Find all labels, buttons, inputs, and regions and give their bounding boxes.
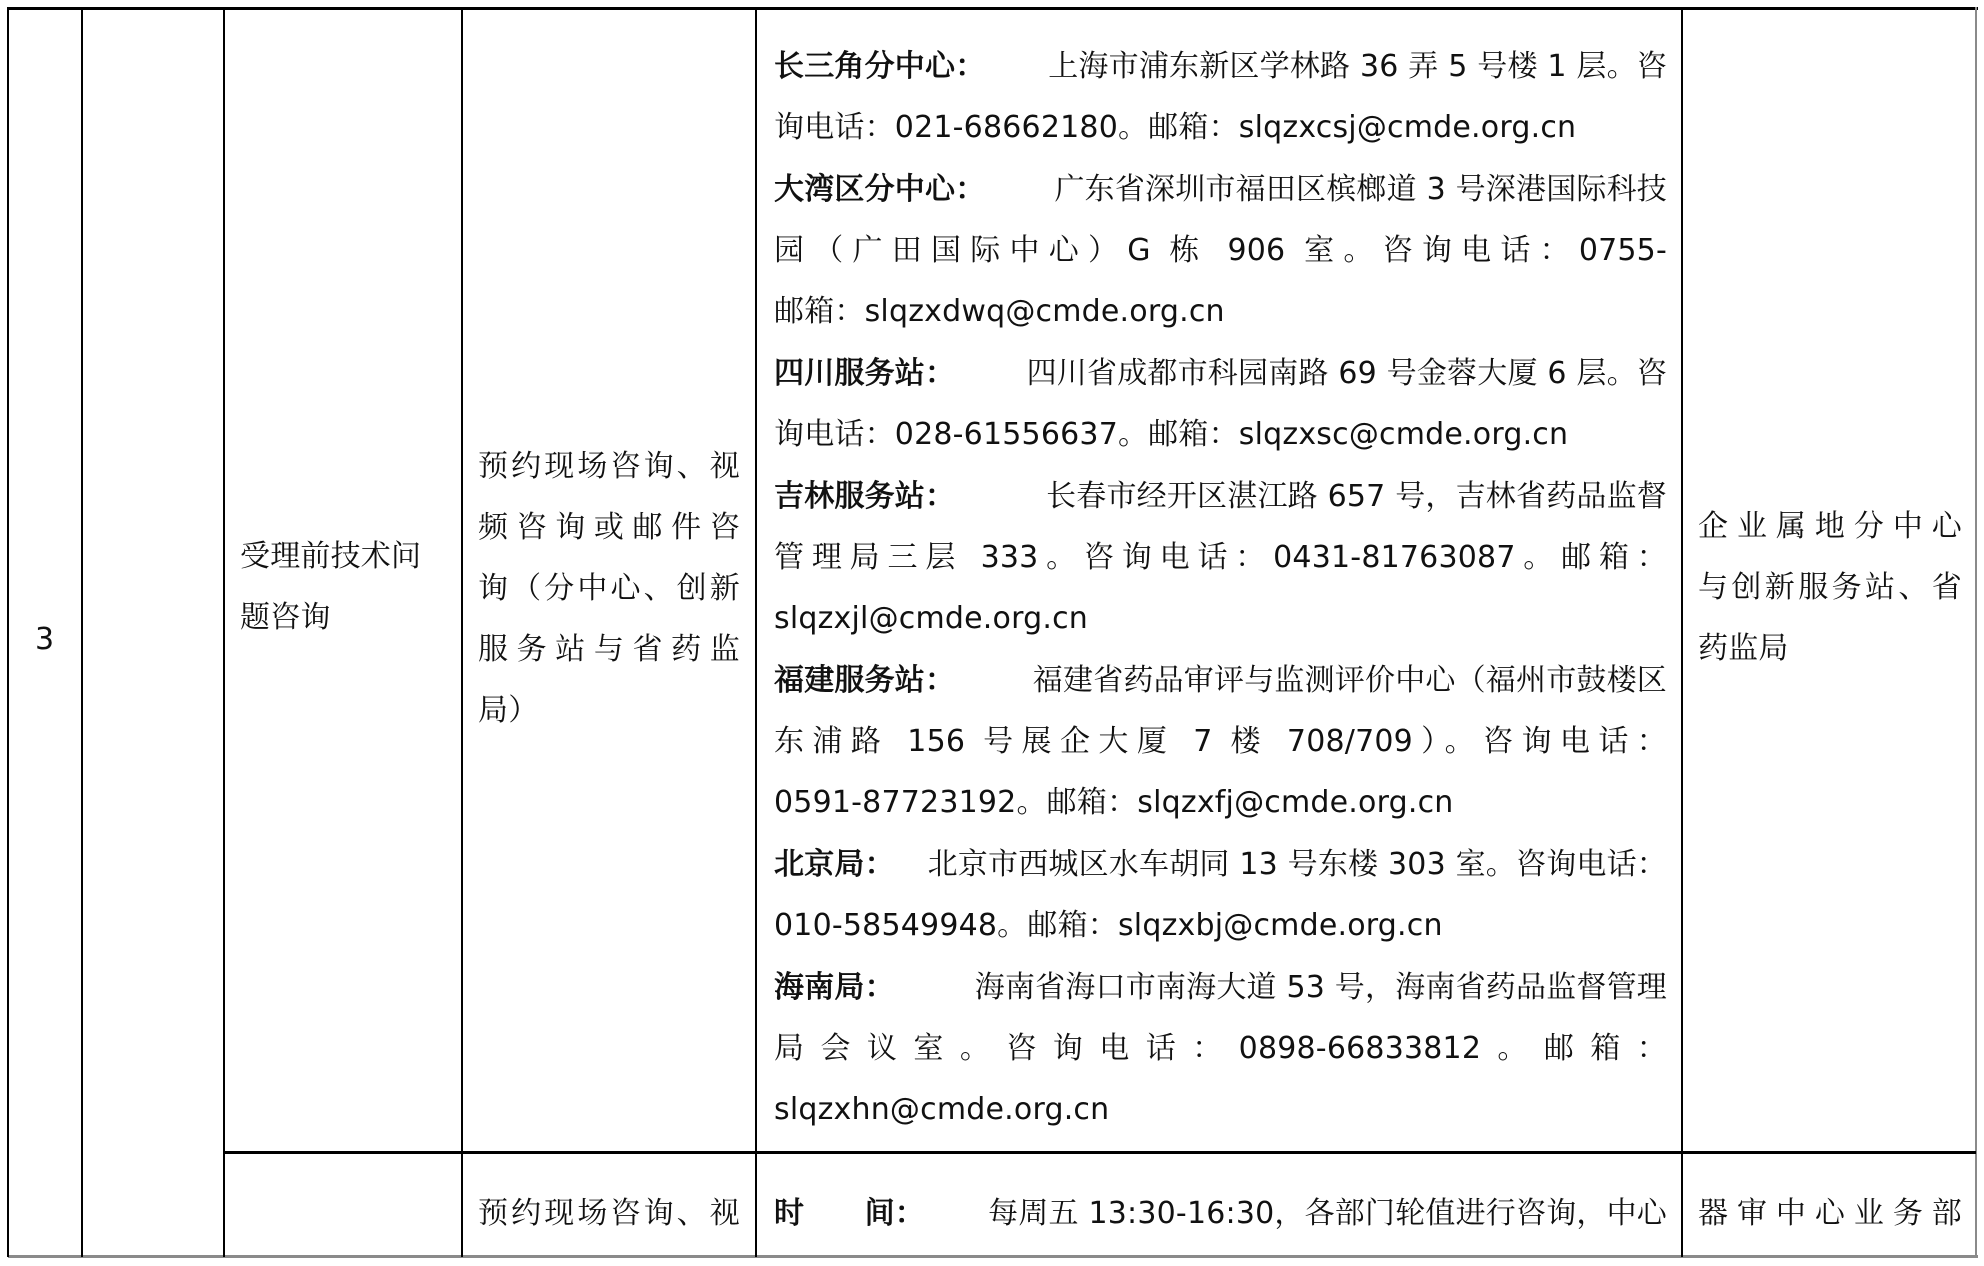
contact-text-line: 010-58549948。邮箱：slqzxbj@cmde.org.cn — [774, 906, 1443, 946]
responsible-line: 药监局 — [1698, 629, 1789, 669]
contact-entry: 海南局： 海南省海口市南海大道 53 号，海南省药品监督管理 — [774, 968, 1667, 1008]
contact-name: 北京局： — [774, 845, 895, 885]
contact-text-line: 0591-87723192。邮箱：slqzxfj@cmde.org.cn — [774, 783, 1453, 823]
contact-text: 广东省深圳市福田区槟榔道 3 号深港国际科技 — [1054, 170, 1667, 210]
method-line: 询（分中心、创新 — [478, 569, 740, 609]
contact-entry: 四川服务站： 四川省成都市科园南路 69 号金蓉大厦 6 层。咨 — [774, 354, 1667, 394]
contact-text: 四川省成都市科园南路 69 号金蓉大厦 6 层。咨 — [1027, 354, 1667, 394]
method-line: 服务站与省药监 — [478, 630, 740, 670]
contact-name: 海南局： — [774, 968, 895, 1008]
contact-text: 北京市西城区水车胡同 13 号东楼 303 室。咨询电话： — [928, 845, 1667, 885]
column-divider-1 — [81, 7, 83, 1257]
service-item-line: 受理前技术问 — [240, 537, 421, 577]
row-number: 3 — [35, 620, 54, 660]
contact-text-line: 东浦路 156 号展企大厦 7 楼 708/709）。咨询电话： — [774, 722, 1667, 762]
contact-text-line: 园（广田国际中心）G 栋 906 室。咨询电话：0755-83087032。 — [774, 231, 1667, 271]
responsible-line: 器审中心业务部 — [1698, 1194, 1962, 1234]
contact-text-line: 询电话：028-61556637。邮箱：slqzxsc@cmde.org.cn — [774, 415, 1568, 455]
contact-text: 长春市经开区湛江路 657 号，吉林省药品监督 — [1046, 477, 1667, 517]
contact-text-line: 管理局三层 333。咨询电话：0431-81763087。邮箱： — [774, 538, 1667, 578]
method-line: 预约现场咨询、视 — [478, 1194, 740, 1234]
method-line: 局） — [478, 691, 538, 731]
contact-entry: 大湾区分中心： 广东省深圳市福田区槟榔道 3 号深港国际科技 — [774, 170, 1667, 210]
contact-entry: 北京局： 北京市西城区水车胡同 13 号东楼 303 室。咨询电话： — [774, 845, 1667, 885]
service-item-line: 题咨询 — [240, 598, 331, 638]
contact-entry: 长三角分中心： 上海市浦东新区学林路 36 弄 5 号楼 1 层。咨 — [774, 47, 1667, 87]
contact-name: 福建服务站： — [774, 661, 955, 701]
column-divider-3 — [461, 7, 463, 1257]
contact-text-line: slqzxjl@cmde.org.cn — [774, 599, 1088, 639]
table-left-border — [7, 7, 9, 1257]
contact-text-line: 邮箱：slqzxdwq@cmde.org.cn — [774, 292, 1225, 332]
contact-name: 四川服务站： — [774, 354, 955, 394]
row-divider — [223, 1151, 1976, 1154]
column-divider-4 — [755, 7, 757, 1257]
contact-text: 海南省海口市南海大道 53 号，海南省药品监督管理 — [975, 968, 1667, 1008]
column-divider-2 — [223, 7, 225, 1257]
contact-entry: 福建服务站： 福建省药品审评与监测评价中心（福州市鼓楼区 — [774, 661, 1667, 701]
column-divider-5 — [1681, 7, 1683, 1257]
time-label: 时 间： — [774, 1194, 925, 1234]
time-text: 每周五 13:30-16:30，各部门轮值进行咨询，中心 — [988, 1194, 1667, 1234]
contact-name: 大湾区分中心： — [774, 170, 985, 210]
contact-entry: 吉林服务站： 长春市经开区湛江路 657 号，吉林省药品监督 — [774, 477, 1667, 517]
method-line: 频咨询或邮件咨 — [478, 508, 740, 548]
contact-text-line: slqzxhn@cmde.org.cn — [774, 1090, 1109, 1130]
contact-text: 上海市浦东新区学林路 36 弄 5 号楼 1 层。咨 — [1048, 47, 1667, 87]
contact-name: 长三角分中心： — [774, 47, 985, 87]
responsible-line: 与创新服务站、省 — [1698, 568, 1962, 608]
responsible-line: 企业属地分中心 — [1698, 507, 1962, 547]
time-entry: 时 间： 每周五 13:30-16:30，各部门轮值进行咨询，中心 — [774, 1194, 1667, 1234]
contact-text: 福建省药品审评与监测评价中心（福州市鼓楼区 — [1033, 661, 1667, 701]
method-line: 预约现场咨询、视 — [478, 447, 740, 487]
contact-text-line: 询电话：021-68662180。邮箱：slqzxcsj@cmde.org.cn — [774, 108, 1576, 148]
contact-name: 吉林服务站： — [774, 477, 955, 517]
contact-text-line: 局会议室。咨询电话：0898-66833812。邮箱： — [774, 1029, 1667, 1069]
table-right-border — [1975, 7, 1977, 1257]
